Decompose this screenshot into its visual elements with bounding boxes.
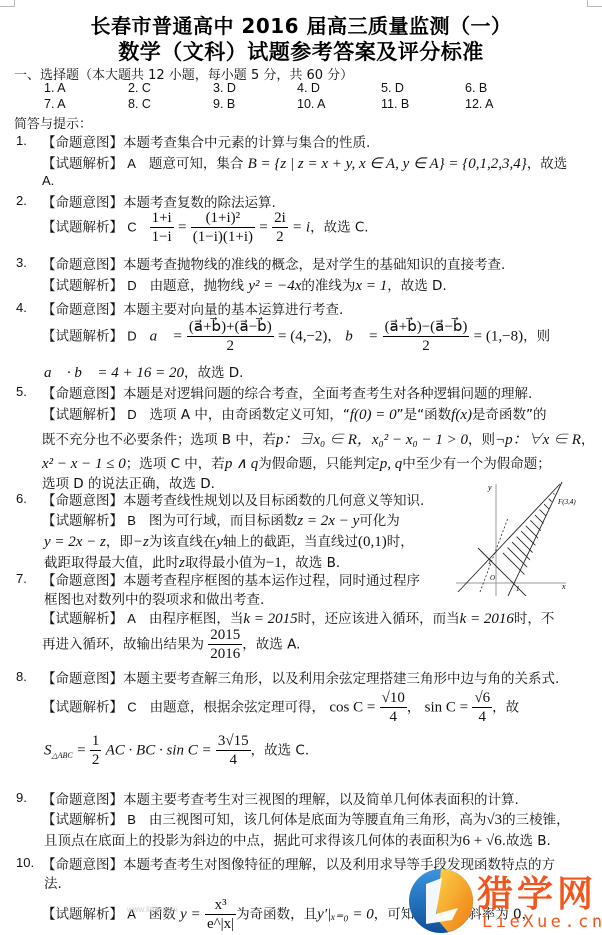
q4-number: 4. xyxy=(16,300,27,315)
q6-analysis: 【试题解析】 B 图为可行域，而目标函数z = 2x − y可化为 xyxy=(42,509,400,530)
q5-line3: x² − x − 1 ≤ 0；选项 C 中，若p ∧ q为假命题，只能判定p, … xyxy=(42,452,551,473)
q5-number: 5. xyxy=(16,384,27,399)
q10-number: 10. xyxy=(16,855,34,870)
q6-line2: y = 2x − z，即−z为该直线在y轴上的截距，当直线过(0,1)时， xyxy=(44,530,414,551)
q5-intent: 【命题意图】本题是对逻辑问题的综合考查，全面考查考生对各种逻辑问题的理解. xyxy=(42,382,532,402)
page-corner-mark-right xyxy=(587,0,602,7)
page-corner-mark-left xyxy=(0,0,15,7)
q7-intent-line2: 框图也对数列中的裂项求和做出考查. xyxy=(44,588,264,608)
q8-area-formula: S△ABC = 12 AC · BC · sin C = 3√154，故选 C. xyxy=(44,732,309,769)
q3-intent: 【命题意图】本题考查抛物线的准线的概念，是对学生的基础知识的直接考查. xyxy=(42,253,505,273)
answer-9: 9. B xyxy=(213,97,235,111)
q9-intent: 【命题意图】本题主要考查考生对三视图的理解，以及简单几何体表面积的计算. xyxy=(42,788,519,808)
liexue-logo-icon xyxy=(408,868,474,934)
q8-intent: 【命题意图】本题主要考查解三角形，以及利用余弦定理搭建三角形中边与角的关系式. xyxy=(42,667,559,687)
answer-12: 12. A xyxy=(465,97,494,111)
q9-analysis: 【试题解析】 B 由三视图可知，该几何体是底面为等腰直角三角形，高为√3的三棱锥… xyxy=(42,808,570,829)
q4-intent: 【命题意图】本题主要对向量的基本运算进行考查. xyxy=(42,298,343,318)
svg-text:1: 1 xyxy=(488,558,492,566)
answer-7: 7. A xyxy=(44,97,66,111)
intent-label: 【命题意图】 xyxy=(42,135,123,151)
watermark-url: www.liexue.cn xyxy=(127,905,178,914)
q9-line2: 且顶点在底面上的投影为斜边的中点，据此可求得该几何体的表面积为6 + √6.故选… xyxy=(44,829,551,850)
svg-text:1: 1 xyxy=(516,585,520,593)
answer-3: 3. D xyxy=(213,81,236,95)
q9-number: 9. xyxy=(16,790,27,805)
q4-dot-product: a⃗ · b⃗ = 4 + 16 = 20，故选 D. xyxy=(44,361,243,382)
q8-number: 8. xyxy=(16,669,27,684)
hints-heading: 简答与提示： xyxy=(14,113,92,132)
answer-1: 1. A xyxy=(44,81,66,95)
answer-2: 2. C xyxy=(128,81,151,95)
answer-5: 5. D xyxy=(381,81,404,95)
q2-number: 2. xyxy=(16,193,27,208)
watermark-logo: 猎学网 LieXue.cn xyxy=(404,868,602,935)
q1-number: 1. xyxy=(16,133,27,148)
q7-line2: 再进入循环，故输出结果为 20152016，故选 A. xyxy=(42,626,300,663)
q10-intent-line2: 法. xyxy=(44,872,62,892)
feasible-region-graph: y x F(3,4) 1 O 1 xyxy=(448,478,598,596)
axis-y-label: y xyxy=(487,483,492,492)
q8-analysis: 【试题解析】 C 由题意，根据余弦定理可得， cos C = √104， sin… xyxy=(42,689,519,726)
origin-label: O xyxy=(490,574,495,582)
answer-10: 10. A xyxy=(297,97,326,111)
q1-analysis: 【试题解析】 A 题意可知，集合 B = {z | z = x + y, x ∈… xyxy=(42,152,567,173)
q1-intent: 【命题意图】本题考查集合中元素的计算与集合的性质. xyxy=(42,131,370,151)
fraction: 1+i1−i xyxy=(150,209,174,246)
fraction: 2i2 xyxy=(272,209,288,246)
q2-intent: 【命题意图】本题考查复数的除法运算. xyxy=(42,191,276,211)
document-title: 长春市普通高中 2016 届高三质量监测（一） xyxy=(0,10,602,39)
watermark-text-cn: 猎学网 xyxy=(477,866,597,917)
answer-11: 11. B xyxy=(381,97,409,111)
q6-intent: 【命题意图】本题考查线性规划以及目标函数的几何意义等知识. xyxy=(42,489,424,509)
point-f-label: F(3,4) xyxy=(557,498,576,506)
q5-analysis: 【试题解析】 D 选项 A 中，由奇函数定义可知，“f(0) = 0”是“函数f… xyxy=(42,403,546,424)
analysis-label: 【试题解析】 xyxy=(42,156,123,172)
q3-analysis: 【试题解析】 D 由题意，抛物线 y² = −4x的准线为x = 1，故选 D. xyxy=(42,274,447,295)
axis-x-label: x xyxy=(561,582,566,591)
q5-line2: 既不充分也不必要条件；选项 B 中，若p：∃x₀ ∈ R，x₀² − x₀ − … xyxy=(42,428,594,449)
fraction: (1+i)²(1−i)(1+i) xyxy=(191,209,255,246)
answer-6: 6. B xyxy=(465,81,487,95)
watermark-text-en: LieXue.cn xyxy=(482,912,602,932)
document-subtitle: 数学（文科）试题参考答案及评分标准 xyxy=(0,36,602,66)
q4-analysis: 【试题解析】 D a⃗ = (a⃗+b⃗)+(a⃗−b⃗)2 = (4,−2)，… xyxy=(42,318,550,355)
answer-8: 8. C xyxy=(128,97,151,111)
q7-number: 7. xyxy=(16,571,27,586)
answer-4: 4. D xyxy=(297,81,320,95)
q7-analysis: 【试题解析】 A 由程序框图，当k = 2015时，还应该进入循环，而当k = … xyxy=(42,607,554,628)
q6-number: 6. xyxy=(16,491,27,506)
q2-analysis: 【试题解析】 C 1+i1−i = (1+i)²(1−i)(1+i) = 2i2… xyxy=(42,209,369,246)
q1-analysis-end: A. xyxy=(42,173,54,188)
q3-number: 3. xyxy=(16,255,27,270)
q7-intent: 【命题意图】本题考查程序框图的基本运作过程，同时通过程序 xyxy=(42,569,420,589)
